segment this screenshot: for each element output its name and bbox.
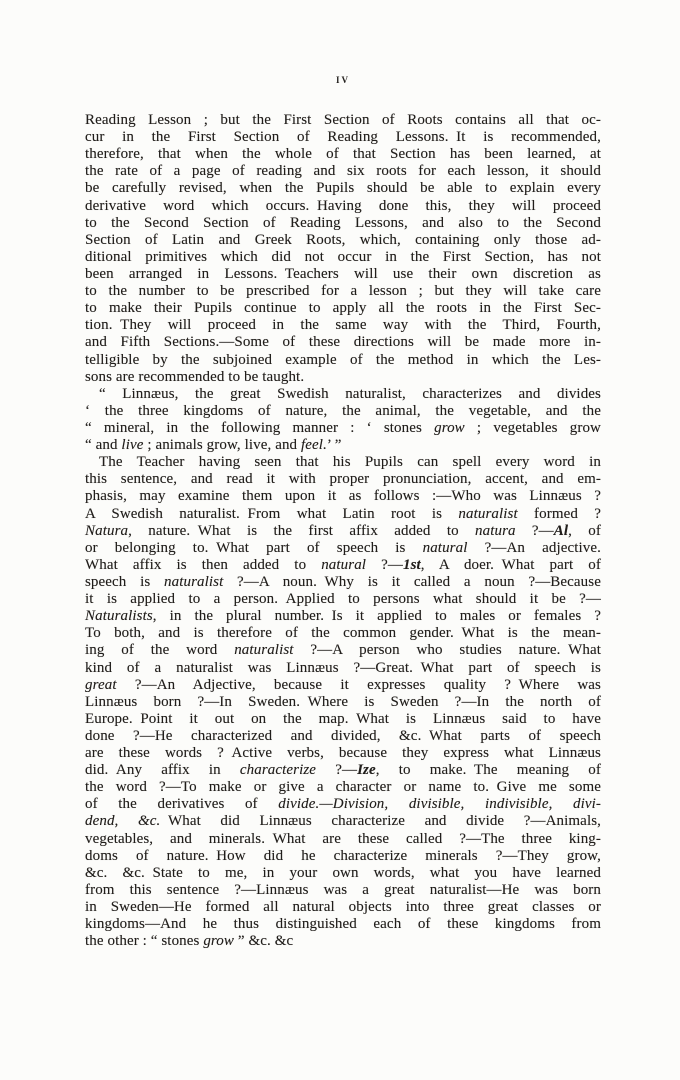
text-run: live xyxy=(121,437,143,453)
text-line: done ?—He characterized and divided, &c.… xyxy=(85,728,601,745)
text-line: of the derivatives of divide.—Division, … xyxy=(85,796,601,813)
text-run: be carefully revised, when the Pupils sh… xyxy=(85,180,601,196)
text-run: the word ?—To make or give a character o… xyxy=(85,779,601,795)
paragraph: Reading Lesson ; but the First Section o… xyxy=(85,112,601,386)
text-run: speech is xyxy=(85,574,164,590)
text-line: be carefully revised, when the Pupils sh… xyxy=(85,180,601,197)
text-run: ; vegetables grow xyxy=(465,420,601,436)
text-run: , in the plural number. Is it applied to… xyxy=(153,608,601,624)
text-run: ?— xyxy=(316,762,357,778)
text-run: Ize xyxy=(357,762,376,778)
text-line: Linnæus born ?—In Sweden. Where is Swede… xyxy=(85,694,601,711)
text-line: the word ?—To make or give a character o… xyxy=(85,779,601,796)
text-run: ” &c. &c xyxy=(234,933,293,949)
text-line: great ?—An Adjective, because it express… xyxy=(85,677,601,694)
text-line: are these words ? Active verbs, because … xyxy=(85,745,601,762)
text-run: , nature. What is the first affix added … xyxy=(128,523,475,539)
text-run: cur in the First Section of Reading Less… xyxy=(85,129,601,145)
text-run: ?— xyxy=(366,557,403,573)
text-line: this sentence, and read it with proper p… xyxy=(85,471,601,488)
text-line: Section of Latin and Greek Roots, which,… xyxy=(85,232,601,249)
text-line: been arranged in Lessons. Teachers will … xyxy=(85,266,601,283)
text-line: The Teacher having seen that his Pupils … xyxy=(85,454,601,471)
text-run: ing of the word xyxy=(85,642,234,658)
text-run: characterize xyxy=(240,762,316,778)
text-line: cur in the First Section of Reading Less… xyxy=(85,129,601,146)
text-line: Natura, nature. What is the first affix … xyxy=(85,523,601,540)
text-line: the other : “ stones grow ” &c. &c xyxy=(85,933,601,950)
text-line: Reading Lesson ; but the First Section o… xyxy=(85,112,601,129)
text-run: Linnæus born ?—In Sweden. Where is Swede… xyxy=(85,694,601,710)
text-line: To both, and is therefore of the common … xyxy=(85,625,601,642)
text-run: natura xyxy=(475,523,516,539)
text-line: to the number to be prescribed for a les… xyxy=(85,283,601,300)
text-line: Naturalists, in the plural number. Is it… xyxy=(85,608,601,625)
text-run: or belonging to. What part of speech is xyxy=(85,540,423,556)
text-run: derivative word which occurs. Having don… xyxy=(85,198,601,214)
text-run: ’ ” xyxy=(327,437,342,453)
text-run: ‘ the three kingdoms of nature, the anim… xyxy=(85,403,601,419)
text-run: sons are recommended to be taught. xyxy=(85,369,304,385)
text-run: telligible by the subjoined example of t… xyxy=(85,352,601,368)
text-line: &c. &c. State to me, in your own words, … xyxy=(85,865,601,882)
text-run: naturalist xyxy=(458,506,517,522)
text-line: and Fifth Sections.—Some of these direct… xyxy=(85,334,601,351)
text-run: ; animals grow, live, and xyxy=(143,437,301,453)
text-line: speech is naturalist ?—A noun. Why is it… xyxy=(85,574,601,591)
text-run: Natura xyxy=(85,523,128,539)
text-run: dend, &c. xyxy=(85,813,160,829)
text-line: ing of the word naturalist ?—A person wh… xyxy=(85,642,601,659)
text-run: are these words ? Active verbs, because … xyxy=(85,745,601,761)
text-run: formed ? xyxy=(518,506,601,522)
text-run: &c. &c. State to me, in your own words, … xyxy=(85,865,601,881)
text-run: “ Linnæus, the great Swedish naturalist,… xyxy=(99,386,601,402)
text-run: , of xyxy=(568,523,601,539)
text-run: from this sentence ?—Linnæus was a great… xyxy=(85,882,601,898)
text-line: kind of a naturalist was Linnæus ?—Great… xyxy=(85,660,601,677)
text-run: grow xyxy=(203,933,234,949)
text-run: Section of Latin and Greek Roots, which,… xyxy=(85,232,601,248)
text-line: What affix is then added to natural ?—1s… xyxy=(85,557,601,574)
text-run: What did Linnæus characterize and divide… xyxy=(160,813,601,829)
text-line: in Sweden—He formed all natural objects … xyxy=(85,899,601,916)
text-run: done ?—He characterized and divided, &c.… xyxy=(85,728,601,744)
text-run: great xyxy=(85,677,117,693)
text-line: kingdoms—And he thus distinguished each … xyxy=(85,916,601,933)
text-run: doms of nature. How did he characterize … xyxy=(85,848,601,864)
text-run: been arranged in Lessons. Teachers will … xyxy=(85,266,601,282)
text-run: ?—A noun. Why is it called a noun ?—Beca… xyxy=(223,574,601,590)
text-run: 1st xyxy=(403,557,421,573)
text-run: therefore, that when the whole of that S… xyxy=(85,146,601,162)
text-line: therefore, that when the whole of that S… xyxy=(85,146,601,163)
paragraph: The Teacher having seen that his Pupils … xyxy=(85,454,601,950)
text-run: of the derivatives of xyxy=(85,796,278,812)
text-run: feel. xyxy=(301,437,327,453)
text-line: doms of nature. How did he characterize … xyxy=(85,848,601,865)
text-line: derivative word which occurs. Having don… xyxy=(85,198,601,215)
text-run: tion. They will proceed in the same way … xyxy=(85,317,601,333)
text-run: divide.—Division, divisible, indivisible… xyxy=(278,796,601,812)
text-line: the rate of a page of reading and six ro… xyxy=(85,163,601,180)
text-run: Naturalists xyxy=(85,608,153,624)
text-run: ?—A person who studies nature. What xyxy=(294,642,601,658)
text-line: Europe. Point it out on the map. What is… xyxy=(85,711,601,728)
text-line: to make their Pupils continue to apply a… xyxy=(85,300,601,317)
text-run: phasis, may examine them upon it as foll… xyxy=(85,488,601,504)
text-line: dend, &c. What did Linnæus characterize … xyxy=(85,813,601,830)
text-line: “ mineral, in the following manner : ‘ s… xyxy=(85,420,601,437)
text-run: , to make. The meaning of xyxy=(376,762,601,778)
text-run: natural xyxy=(321,557,366,573)
text-run: The Teacher having seen that his Pupils … xyxy=(99,454,601,470)
text-run: to the Second Section of Reading Lessons… xyxy=(85,215,601,231)
text-line: A Swedish naturalist. From what Latin ro… xyxy=(85,506,601,523)
text-run: A Swedish naturalist. From what Latin ro… xyxy=(85,506,458,522)
text-run: the other : “ stones xyxy=(85,933,203,949)
text-run: ditional primitives which did not occur … xyxy=(85,249,601,265)
text-run: ?—An adjective. xyxy=(467,540,601,556)
text-line: or belonging to. What part of speech is … xyxy=(85,540,601,557)
text-line: from this sentence ?—Linnæus was a great… xyxy=(85,882,601,899)
text-line: “ Linnæus, the great Swedish naturalist,… xyxy=(85,386,601,403)
text-run: the rate of a page of reading and six ro… xyxy=(85,163,601,179)
text-run: kind of a naturalist was Linnæus ?—Great… xyxy=(85,660,601,676)
text-line: telligible by the subjoined example of t… xyxy=(85,352,601,369)
text-run: “ and xyxy=(85,437,121,453)
text-run: grow xyxy=(434,420,465,436)
text-line: tion. They will proceed in the same way … xyxy=(85,317,601,334)
text-run: and Fifth Sections.—Some of these direct… xyxy=(85,334,601,350)
paragraph: “ Linnæus, the great Swedish naturalist,… xyxy=(85,386,601,454)
text-line: it is applied to a person. Applied to pe… xyxy=(85,591,601,608)
text-line: ‘ the three kingdoms of nature, the anim… xyxy=(85,403,601,420)
book-page: iv Reading Lesson ; but the First Sectio… xyxy=(0,0,680,1080)
text-run: , A doer. What part of xyxy=(421,557,601,573)
text-line: did. Any affix in characterize ?—Ize, to… xyxy=(85,762,601,779)
page-text: Reading Lesson ; but the First Section o… xyxy=(85,112,601,950)
text-line: “ and live ; animals grow, live, and fee… xyxy=(85,437,601,454)
text-run: Al xyxy=(554,523,568,539)
text-run: to make their Pupils continue to apply a… xyxy=(85,300,601,316)
text-line: ditional primitives which did not occur … xyxy=(85,249,601,266)
text-run: kingdoms—And he thus distinguished each … xyxy=(85,916,601,932)
text-line: phasis, may examine them upon it as foll… xyxy=(85,488,601,505)
text-run: this sentence, and read it with proper p… xyxy=(85,471,601,487)
text-run: Reading Lesson ; but the First Section o… xyxy=(85,112,601,128)
text-run: What affix is then added to xyxy=(85,557,321,573)
text-run: to the number to be prescribed for a les… xyxy=(85,283,601,299)
text-run: in Sweden—He formed all natural objects … xyxy=(85,899,601,915)
text-line: to the Second Section of Reading Lessons… xyxy=(85,215,601,232)
text-run: ?— xyxy=(516,523,554,539)
text-run: vegetables, and minerals. What are these… xyxy=(85,831,601,847)
text-run: it is applied to a person. Applied to pe… xyxy=(85,591,601,607)
text-run: naturalist xyxy=(164,574,223,590)
text-line: vegetables, and minerals. What are these… xyxy=(85,831,601,848)
text-run: ?—An Adjective, because it expresses qua… xyxy=(117,677,601,693)
text-run: To both, and is therefore of the common … xyxy=(85,625,601,641)
text-run: did. Any affix in xyxy=(85,762,240,778)
text-line: sons are recommended to be taught. xyxy=(85,369,601,386)
text-run: Europe. Point it out on the map. What is… xyxy=(85,711,601,727)
text-run: natural xyxy=(423,540,468,556)
text-run: “ mineral, in the following manner : ‘ s… xyxy=(85,420,434,436)
page-number: iv xyxy=(85,71,601,87)
text-run: naturalist xyxy=(234,642,293,658)
